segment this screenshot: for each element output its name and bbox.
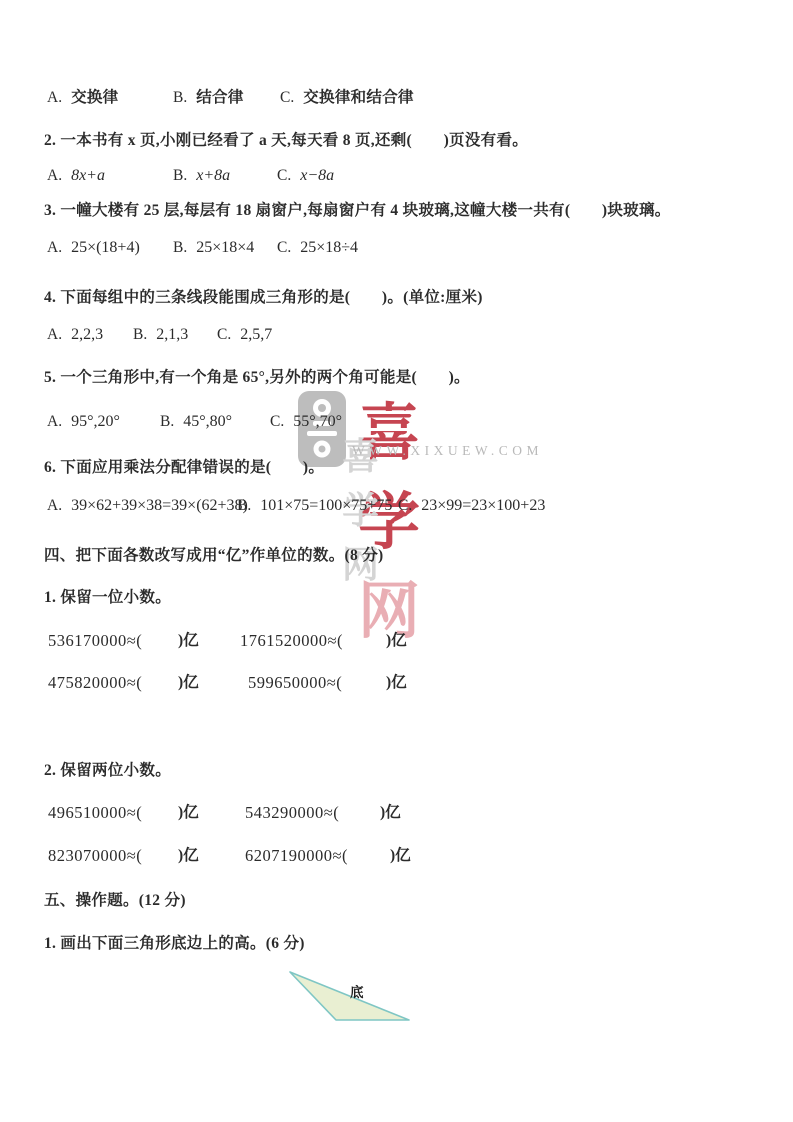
watermark-stripe — [358, 411, 480, 414]
option-text: 23×99=23×100+23 — [421, 496, 545, 516]
q4-option-a: A. 2,2,3 — [47, 325, 103, 345]
q2-option-b: B. x+8a — [173, 166, 230, 186]
option-label: C. — [277, 166, 291, 186]
convert-item-lead: 599650000≈( — [248, 673, 342, 693]
q3-option-b: B. 25×18×4 — [173, 238, 254, 258]
q3-option-c: C. 25×18÷4 — [277, 238, 358, 258]
q6-option-b: B. 101×75=100×75+75 — [237, 496, 392, 516]
convert-item-tail: )亿 — [390, 846, 411, 866]
convert-item-tail: )亿 — [386, 631, 407, 651]
section5-heading: 五、操作题。(12 分) — [44, 891, 186, 911]
option-label: B. — [173, 88, 187, 108]
section4-sub2: 2. 保留两位小数。 — [44, 761, 171, 781]
section4-heading: 四、把下面各数改写成用“亿”作单位的数。(8 分) — [44, 546, 383, 566]
option-label: C. — [217, 325, 231, 345]
section4-sub1: 1. 保留一位小数。 — [44, 588, 171, 608]
option-text: 45°,80° — [183, 412, 232, 432]
convert-item-tail: )亿 — [380, 803, 401, 823]
q6-option-a: A. 39×62+39×38=39×(62+38) — [47, 496, 248, 516]
q1-option-b: B. 结合律 — [173, 88, 244, 108]
option-text: 39×62+39×38=39×(62+38) — [71, 496, 248, 516]
option-label: B. — [133, 325, 147, 345]
option-label: A. — [47, 88, 62, 108]
convert-item-tail: )亿 — [178, 631, 199, 651]
convert-item-lead: 536170000≈( — [48, 631, 142, 651]
q5-stem: 5. 一个三角形中,有一个角是 65°,另外的两个角可能是( )。 — [44, 368, 470, 388]
option-label: B. — [173, 238, 187, 258]
option-label: B. — [237, 496, 251, 516]
triangle-base-label: 底 — [350, 981, 364, 1001]
option-text: 2,2,3 — [71, 325, 103, 345]
option-label: A. — [47, 496, 62, 516]
section5-item1: 1. 画出下面三角形底边上的高。(6 分) — [44, 934, 305, 954]
convert-item-tail: )亿 — [178, 803, 199, 823]
option-text: 2,1,3 — [156, 325, 188, 345]
option-text: x+8a — [196, 166, 230, 186]
convert-item-lead: 1761520000≈( — [240, 631, 343, 651]
option-label: C. — [280, 88, 294, 108]
q6-stem: 6. 下面应用乘法分配律错误的是( )。 — [44, 458, 324, 478]
option-text: 交换律和结合律 — [303, 88, 414, 108]
option-text: 101×75=100×75+75 — [260, 496, 392, 516]
convert-item-tail: )亿 — [178, 846, 199, 866]
option-text: 55°,70° — [293, 412, 342, 432]
watermark-stripe — [358, 428, 480, 431]
option-label: B. — [173, 166, 187, 186]
option-label: A. — [47, 238, 62, 258]
q5-option-b: B. 45°,80° — [160, 412, 232, 432]
option-label: A. — [47, 412, 62, 432]
option-label: A. — [47, 166, 62, 186]
option-text: 25×18÷4 — [300, 238, 358, 258]
option-text: 结合律 — [196, 88, 243, 108]
q4-stem: 4. 下面每组中的三条线段能围成三角形的是( )。(单位:厘米) — [44, 288, 483, 308]
convert-item-tail: )亿 — [386, 673, 407, 693]
option-label: C. — [270, 412, 284, 432]
q4-option-c: C. 2,5,7 — [217, 325, 272, 345]
option-label: C. — [277, 238, 291, 258]
q2-option-a: A. 8x+a — [47, 166, 105, 186]
q3-stem: 3. 一幢大楼有 25 层,每层有 18 扇窗户,每扇窗户有 4 块玻璃,这幢大… — [44, 201, 671, 221]
convert-item-lead: 543290000≈( — [245, 803, 339, 823]
convert-item-lead: 6207190000≈( — [245, 846, 348, 866]
option-text: 2,5,7 — [240, 325, 272, 345]
option-text: 25×18×4 — [196, 238, 254, 258]
q1-option-c: C. 交换律和结合律 — [280, 88, 414, 108]
option-text: 交换律 — [71, 88, 118, 108]
convert-item-lead: 475820000≈( — [48, 673, 142, 693]
watermark-url: WWW.XIXUEW.COM — [352, 443, 543, 459]
option-text: 25×(18+4) — [71, 238, 140, 258]
q6-option-c: C. 23×99=23×100+23 — [398, 496, 545, 516]
convert-item-tail: )亿 — [178, 673, 199, 693]
worksheet-page: 喜学网 喜学网 WWW.XIXUEW.COM A. 交换律 B. 结合律 C. … — [0, 0, 793, 1122]
option-label: B. — [160, 412, 174, 432]
q1-option-a: A. 交换律 — [47, 88, 118, 108]
q4-option-b: B. 2,1,3 — [133, 325, 188, 345]
option-label: C. — [398, 496, 412, 516]
q2-stem: 2. 一本书有 x 页,小刚已经看了 a 天,每天看 8 页,还剩( )页没有看… — [44, 131, 528, 151]
convert-item-lead: 823070000≈( — [48, 846, 142, 866]
triangle-figure — [276, 960, 421, 1035]
q5-option-c: C. 55°,70° — [270, 412, 342, 432]
q5-option-a: A. 95°,20° — [47, 412, 120, 432]
option-text: 95°,20° — [71, 412, 120, 432]
q2-option-c: C. x−8a — [277, 166, 334, 186]
convert-item-lead: 496510000≈( — [48, 803, 142, 823]
option-text: 8x+a — [71, 166, 105, 186]
option-text: x−8a — [300, 166, 334, 186]
option-label: A. — [47, 325, 62, 345]
q3-option-a: A. 25×(18+4) — [47, 238, 140, 258]
